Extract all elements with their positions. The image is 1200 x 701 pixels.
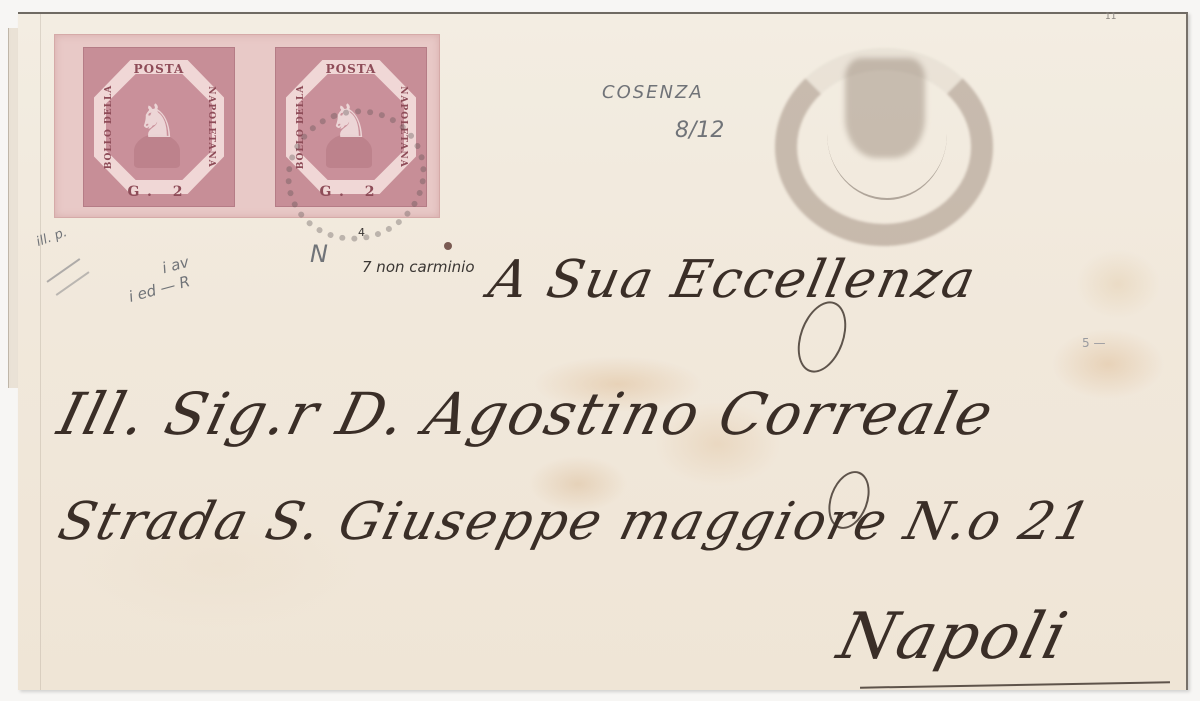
fold-edge <box>40 14 41 690</box>
postmark <box>775 48 995 248</box>
stamp-label-left: BOLLO DELLA <box>104 72 114 182</box>
pencil-city-note: COSENZA <box>602 82 704 103</box>
ink-note: 7 non carminio <box>362 258 475 276</box>
pencil-faint-note: 5 — <box>1082 336 1105 350</box>
stamp-label-right: NAPOLETANA <box>206 72 216 182</box>
address-line-4: Napoli <box>831 600 1076 674</box>
postmark-arc <box>827 68 947 200</box>
stamp-frame: ♞ POSTA BOLLO DELLA NAPOLETANA G. 2 <box>83 47 235 207</box>
stamp-denomination: G. 2 <box>84 184 234 200</box>
ink-superscript: 4 <box>358 226 365 239</box>
stamp-pair: ♞ POSTA BOLLO DELLA NAPOLETANA G. 2 ♞ PO… <box>54 34 440 218</box>
address-line-2: Ill. Sig.r D. Agostino Correale <box>52 380 1002 448</box>
address-line-3: Strada S. Giuseppe maggiore N.o 21 <box>53 492 1099 552</box>
ink-dot <box>444 242 452 250</box>
address-line-1: A Sua Eccellenza <box>484 250 982 310</box>
pencil-date-note: 8/12 <box>675 118 724 143</box>
horse-emblem-icon: ♞ <box>120 94 194 148</box>
pencil-mark-n: N <box>310 240 328 268</box>
corner-note: 11 <box>1105 12 1116 22</box>
stamp-1: ♞ POSTA BOLLO DELLA NAPOLETANA G. 2 <box>55 35 247 217</box>
